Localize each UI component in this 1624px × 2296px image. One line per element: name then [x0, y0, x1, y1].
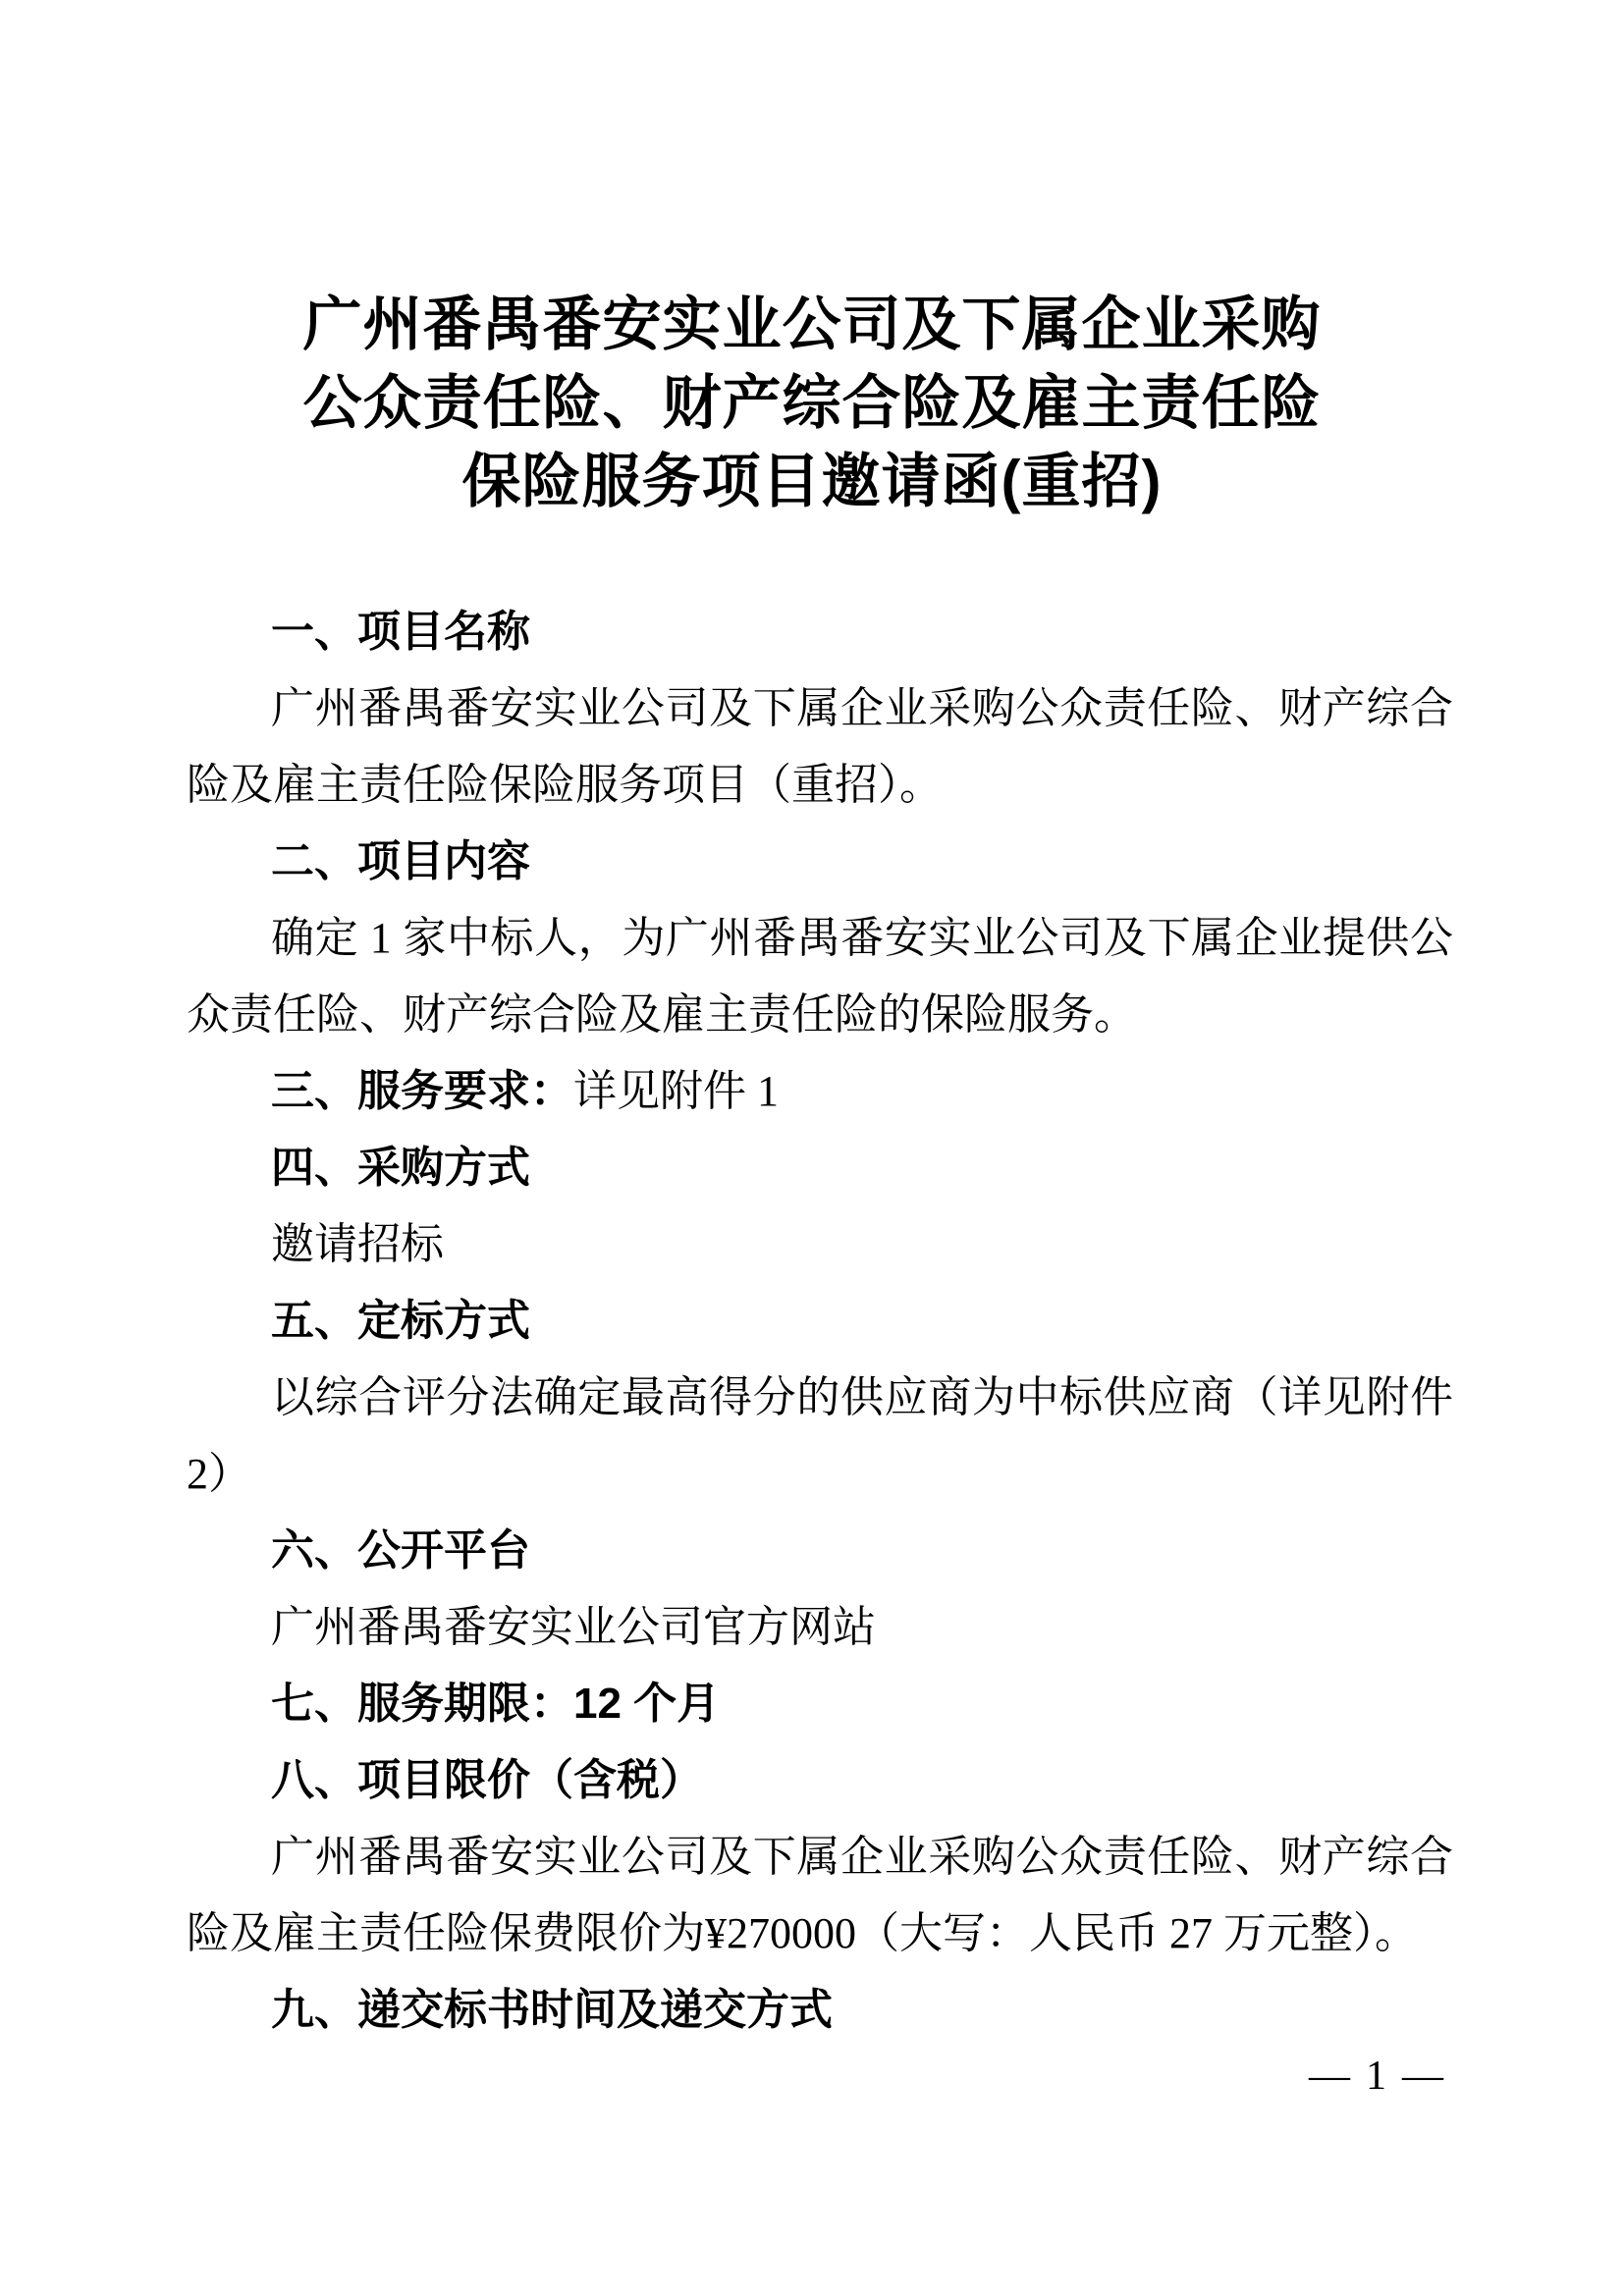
heading-service-requirements-label: 三、服务要求：: [271, 1067, 573, 1115]
document-page: 广州番禺番安实业公司及下属企业采购 公众责任险、财产综合险及雇主责任险 保险服务…: [0, 0, 1624, 2296]
heading-project-content: 二、项目内容: [187, 824, 1453, 900]
heading-procurement-method: 四、采购方式: [187, 1130, 1453, 1206]
heading-service-requirements: 三、服务要求：详见附件 1: [187, 1053, 1453, 1130]
para-project-name-line-2: 险及雇主责任险保险服务项目（重招）。: [187, 747, 1453, 824]
document-title: 广州番禺番安实业公司及下属企业采购 公众责任险、财产综合险及雇主责任险 保险服务…: [0, 286, 1624, 521]
heading-bid-submission: 九、递交标书时间及递交方式: [187, 1972, 1453, 2049]
para-project-content-line-1: 确定 1 家中标人，为广州番禺番安实业公司及下属企业提供公: [187, 900, 1453, 977]
para-public-platform: 广州番禺番安实业公司官方网站: [187, 1589, 1453, 1666]
heading-award-method: 五、定标方式: [187, 1283, 1453, 1360]
para-award-method-line-1: 以综合评分法确定最高得分的供应商为中标供应商（详见附件: [187, 1360, 1453, 1436]
heading-project-name: 一、项目名称: [187, 594, 1453, 670]
para-award-method-line-2: 2）: [187, 1436, 1453, 1513]
page-footer: —1—: [1309, 2055, 1443, 2098]
title-line-1: 广州番禺番安实业公司及下属企业采购: [0, 286, 1624, 364]
para-price-limit-line-2: 险及雇主责任险保费限价为¥270000（大写：人民币 27 万元整）。: [187, 1896, 1453, 1972]
para-project-content-line-2: 众责任险、财产综合险及雇主责任险的保险服务。: [187, 977, 1453, 1053]
heading-service-requirements-value: 详见附件 1: [573, 1067, 779, 1115]
document-body: 一、项目名称 广州番禺番安实业公司及下属企业采购公众责任险、财产综合 险及雇主责…: [187, 594, 1453, 2049]
para-procurement-method: 邀请招标: [187, 1206, 1453, 1283]
footer-dash-left: —: [1309, 2054, 1350, 2099]
title-line-3: 保险服务项目邀请函(重招): [0, 443, 1624, 521]
para-project-name-line-1: 广州番禺番安实业公司及下属企业采购公众责任险、财产综合: [187, 670, 1453, 747]
para-price-limit-line-1: 广州番禺番安实业公司及下属企业采购公众责任险、财产综合: [187, 1819, 1453, 1896]
title-line-2: 公众责任险、财产综合险及雇主责任险: [0, 364, 1624, 443]
heading-price-limit: 八、项目限价（含税）: [187, 1742, 1453, 1819]
heading-public-platform: 六、公开平台: [187, 1513, 1453, 1589]
footer-dash-right: —: [1402, 2054, 1443, 2099]
page-number: 1: [1366, 2055, 1386, 2098]
heading-service-period: 七、服务期限：12 个月: [187, 1666, 1453, 1742]
